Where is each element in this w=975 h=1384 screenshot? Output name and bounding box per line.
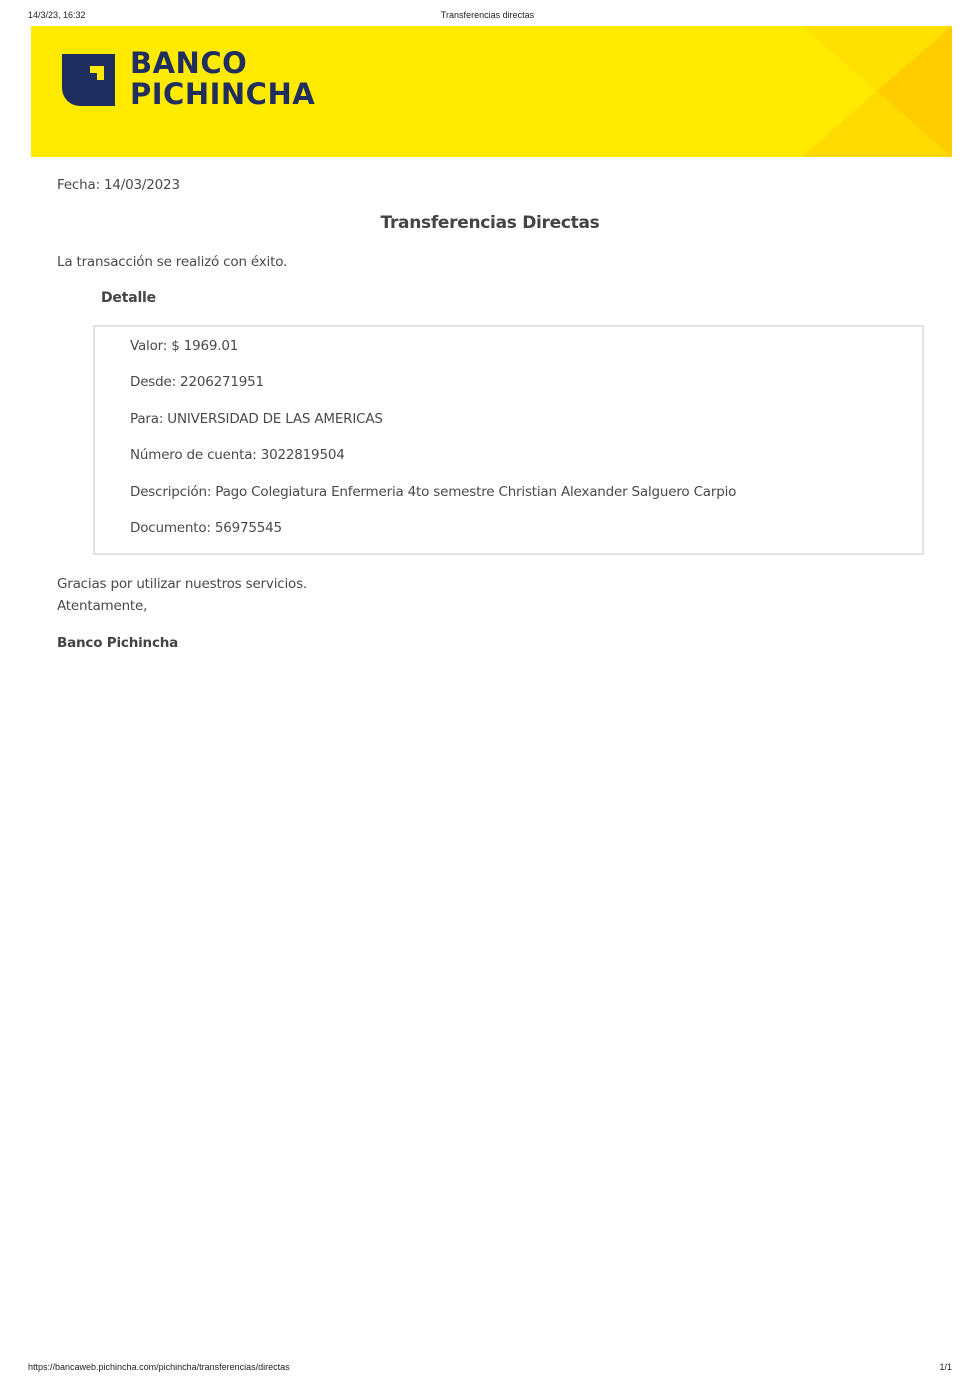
print-header: 14/3/23, 16:32 Transferencias directas <box>0 10 975 22</box>
print-page-title: Transferencias directas <box>0 10 975 20</box>
logo-line-2: PICHINCHA <box>130 79 315 110</box>
detail-heading: Detalle <box>101 290 156 306</box>
banner-decoration-icon <box>802 26 952 157</box>
page-title: Transferencias Directas <box>0 213 975 233</box>
detail-description: Descripción: Pago Colegiatura Enfermeria… <box>130 484 736 500</box>
thanks-message: Gracias por utilizar nuestros servicios. <box>57 576 307 592</box>
detail-recipient: Para: UNIVERSIDAD DE LAS AMERICAS <box>130 411 383 427</box>
logo-wordmark: BANCO PICHINCHA <box>130 48 315 110</box>
closing-text: Atentamente, <box>57 598 147 614</box>
signature: Banco Pichincha <box>57 635 178 651</box>
print-url: https://bancaweb.pichincha.com/pichincha… <box>28 1362 290 1372</box>
logo-line-1: BANCO <box>130 48 315 79</box>
transaction-date: Fecha: 14/03/2023 <box>57 177 180 193</box>
detail-box: Valor: $ 1969.01 Desde: 2206271951 Para:… <box>93 325 924 555</box>
printed-page: 14/3/23, 16:32 Transferencias directas B… <box>0 0 975 1384</box>
detail-account-number: Número de cuenta: 3022819504 <box>130 447 345 463</box>
print-page-count: 1/1 <box>939 1362 952 1372</box>
print-footer: https://bancaweb.pichincha.com/pichincha… <box>0 1362 975 1374</box>
detail-document-number: Documento: 56975545 <box>130 520 282 536</box>
bank-banner: BANCO PICHINCHA <box>31 26 952 157</box>
logo-mark-icon <box>62 54 115 106</box>
detail-amount: Valor: $ 1969.01 <box>130 338 238 354</box>
status-message: La transacción se realizó con éxito. <box>57 254 287 270</box>
detail-from-account: Desde: 2206271951 <box>130 374 264 390</box>
